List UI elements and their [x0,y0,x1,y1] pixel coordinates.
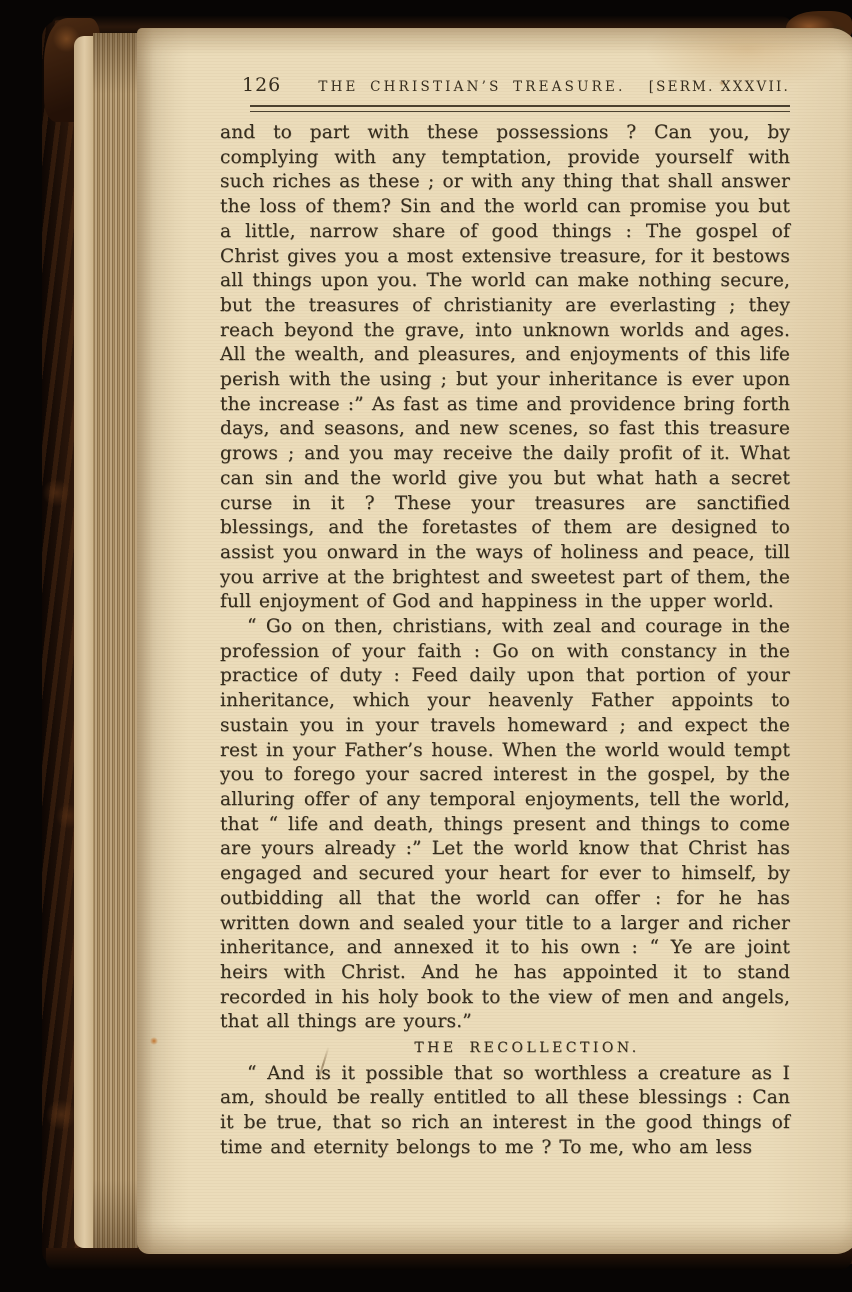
section-heading: THE RECOLLECTION. [242,1036,812,1061]
paragraph: “ Go on then, christians, with zeal and … [220,615,790,1035]
stacked-page-edges [93,33,138,1252]
page-content: 126 THE CHRISTIAN’S TREASURE. [SERM. XXX… [220,74,790,1161]
book-page: 126 THE CHRISTIAN’S TREASURE. [SERM. XXX… [137,28,852,1254]
sermon-reference: [SERM. XXXVII. [649,79,790,95]
running-title: THE CHRISTIAN’S TREASURE. [281,79,648,95]
page-number: 126 [220,74,281,96]
photo-background: { "page": { "number": "126", "running_ti… [0,0,852,1292]
header-double-rule [250,105,790,112]
paragraph: and to part with these possessions ? Can… [220,121,790,615]
paragraph: “ And is it possible that so worthless a… [220,1062,790,1161]
page-body: and to part with these possessions ? Can… [220,121,790,1161]
page-header: 126 THE CHRISTIAN’S TREASURE. [SERM. XXX… [220,74,790,100]
page-edge-sliver [74,36,93,1248]
